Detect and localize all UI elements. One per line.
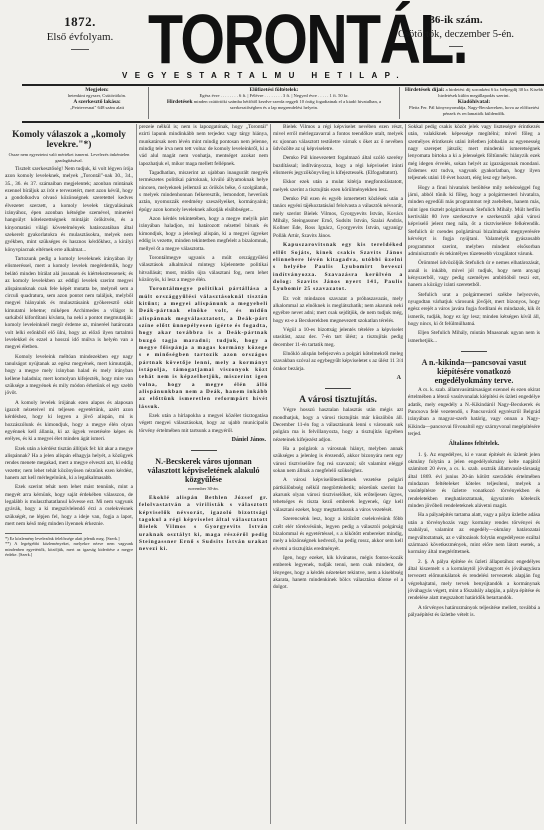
column-3: Bielek Vilmos a régi képviselet nevében … xyxy=(273,124,403,824)
columns: Komoly válaszok a „komoly levekre."*) Os… xyxy=(0,124,544,830)
paragraph: Igen, hogy ezeket, kik kívánatos, mégis … xyxy=(273,555,403,592)
publication-info: Megjelen: hetenkint egyszer, Csütörtökön… xyxy=(38,87,156,119)
paragraph: Hogy a finni hivatalok betöltése mily ne… xyxy=(408,185,540,258)
volume: Első évfolyam. xyxy=(40,31,120,43)
paragraph: Eljen Stefulich Mihály, miután Mnasonak … xyxy=(408,330,540,345)
paragraph: Torontálmegye ugyanis a múlt országgyűlé… xyxy=(139,255,268,284)
paragraph: Demko Pál ezen és egyéb ismertetett közl… xyxy=(273,196,403,240)
paragraph: Ha a polgárok a városnak hiányt, melyben… xyxy=(273,446,403,475)
column-4: Sokkal pedig csakis közöt jelek vagy lis… xyxy=(408,124,540,824)
publication-text: hetenkint egyszer, Csütörtökön. xyxy=(68,93,126,98)
paragraph: Örömmel üdvözöljük Stefulich úr e nemes … xyxy=(408,260,540,289)
paragraph: Tartozunk pedig a komoly leveleknek irán… xyxy=(5,256,133,351)
column-rule xyxy=(136,124,137,824)
masthead-right: 36-ik szám. Csötörtök, deczember 5-én. xyxy=(376,14,536,47)
paragraph: Ezek után a kérdést tisztán állítjuk fel… xyxy=(5,446,133,483)
ads-lead: Hirdetések xyxy=(167,99,193,105)
paragraph: Ezek után a hírlapokba a megyei közélet … xyxy=(139,413,268,435)
ad-rates: Hirdetések díjai: a hirdetési díj soronk… xyxy=(400,87,544,119)
issue-date: Csötörtök, deczember 5-én. xyxy=(376,29,536,40)
paragraph: Komoly leveleink méltóan mindezekben egy… xyxy=(5,354,133,398)
divider xyxy=(325,388,351,389)
paragraph: 1. §. Az engedélyes, ki e vasut építését… xyxy=(408,452,540,511)
author-mark: A xyxy=(275,375,401,382)
paragraph: Tisztelt szerkesztőség! Nem tudjuk, ki v… xyxy=(5,166,133,254)
year: 1872. xyxy=(40,14,120,30)
paragraph: Sokkal pedig csakis közöt jelek vagy lis… xyxy=(408,124,540,183)
paragraph: 2. §. A pálya építése és üzleti állapotá… xyxy=(408,559,540,603)
paragraph: A komoly levelek írójának ezen alapos és… xyxy=(5,400,133,444)
paragraph: Ez volt mindazon szavazat a próbaszavazá… xyxy=(273,296,403,325)
divider xyxy=(449,46,463,47)
column-rule xyxy=(270,124,271,824)
author-signature: Dániel János. xyxy=(141,437,266,444)
paragraph: Ekoklé alispán Bethlen József gr. felolv… xyxy=(139,495,268,554)
paragraph: Ezek szerint tehát nem lehet mást tennün… xyxy=(5,484,133,528)
article-title: A városi tisztujítás. xyxy=(273,395,403,405)
divider xyxy=(461,351,487,352)
newspaper-page: 1872. Első évfolyam. TORONTÁL. VEGYESTAR… xyxy=(0,0,544,830)
ad-rates-text: a hirdetési díj soronként 6 kr. bélyegdí… xyxy=(438,87,543,98)
paragraph: Végül a 10-es bizottság jelentés tételér… xyxy=(273,327,403,349)
subscription-band: Megjelen: hetenkint egyszer, Csütörtökön… xyxy=(22,87,544,121)
newspaper-title: TORONTÁL. xyxy=(148,8,389,70)
paragraph: Stefulich urat a polgármesteri székbe he… xyxy=(408,292,540,329)
paragraph: A cs. k. szab. államvasúttársaságot ezen… xyxy=(408,387,540,438)
footnotes: *) Ez közlemény levelezőnk felelőssége a… xyxy=(5,533,82,558)
column-1: Komoly válaszok a „komoly levekre."*) Os… xyxy=(5,124,133,824)
issue-number: 36-ik szám. xyxy=(376,14,536,26)
paragraph: Végre hosszú hasztalan halasztás után mé… xyxy=(273,407,403,444)
paragraph: Bielek Vilmos a régi képviselet nevében … xyxy=(273,124,403,153)
paragraph: Kapuszarovitsnak egy kis tereldéked ellő… xyxy=(273,242,403,293)
publisher-text: Pleitz Fer. Pál könyvnyomdája, Nagy-Becs… xyxy=(409,105,539,116)
divider xyxy=(191,450,217,451)
article-title: A n.-kikinda—pancsovai vasut kiépítésére… xyxy=(408,358,540,385)
masthead-left: 1872. Első évfolyam. xyxy=(40,14,120,50)
column-2: prezeie nélkül is; nem is lapozgatónak, … xyxy=(139,124,268,824)
article-date: november 30-án. xyxy=(139,486,268,492)
paragraph: Torontálmegye politikai pártállása a múl… xyxy=(139,286,268,411)
article-title: N.-Becskerek város ujonnan választott ké… xyxy=(139,457,268,484)
masthead: 1872. Első évfolyam. TORONTÁL. VEGYESTAR… xyxy=(0,0,544,88)
article-title: Komoly válaszok a „komoly levekre."*) xyxy=(5,130,133,150)
masthead-rule xyxy=(22,84,544,86)
paragraph: Ha a pályaépítés tartama alatt, vagy a p… xyxy=(408,512,540,556)
section-heading: Általános feltételek. xyxy=(408,441,540,448)
paragraph: A törvényes határozmányok teljesítése me… xyxy=(408,605,540,620)
footnote: **) A legrégebbi közleményeket, melyekre… xyxy=(5,541,133,558)
ads-text: minden csütörtöki számba hétfőtől kezdve… xyxy=(194,99,381,110)
paragraph: Demko Pál kinevezetett fogalmazó által s… xyxy=(273,155,403,177)
paragraph: A városi képviselőtestületnek vezetése p… xyxy=(273,477,403,514)
paragraph: Ekkor ezek után a mulat kitérja megfonto… xyxy=(273,179,403,194)
subscription-prices: Egész évre . . . . . . . . 6 ft. | Félév… xyxy=(199,93,348,98)
band-rule xyxy=(22,121,544,123)
paragraph: prezeie nélkül is; nem is lapozgatónak, … xyxy=(139,124,268,168)
paragraph: Tagadhatlan, miszerint az ujabban inaugu… xyxy=(139,170,268,214)
paragraph: Azon kérdés tekintetében, hogy a megye m… xyxy=(139,216,268,253)
office-text: „Petrievesnai" 648 szám alatt xyxy=(70,105,124,110)
subscription-terms: Előfizetési föltételek: Egész évre . . .… xyxy=(148,87,400,119)
article-epigraph: Ossze nem egyeztetni való mértéket ismer… xyxy=(5,152,133,163)
divider xyxy=(71,49,89,50)
paragraph: Szerencsénk lesz, hogy a kitűzött cselek… xyxy=(273,516,403,553)
paragraph: Elnökló alispán befejezvén a polgári köt… xyxy=(273,351,403,373)
column-rule xyxy=(405,124,406,824)
newspaper-subtitle: VEGYESTARTALMU HETILAP. xyxy=(118,71,410,80)
